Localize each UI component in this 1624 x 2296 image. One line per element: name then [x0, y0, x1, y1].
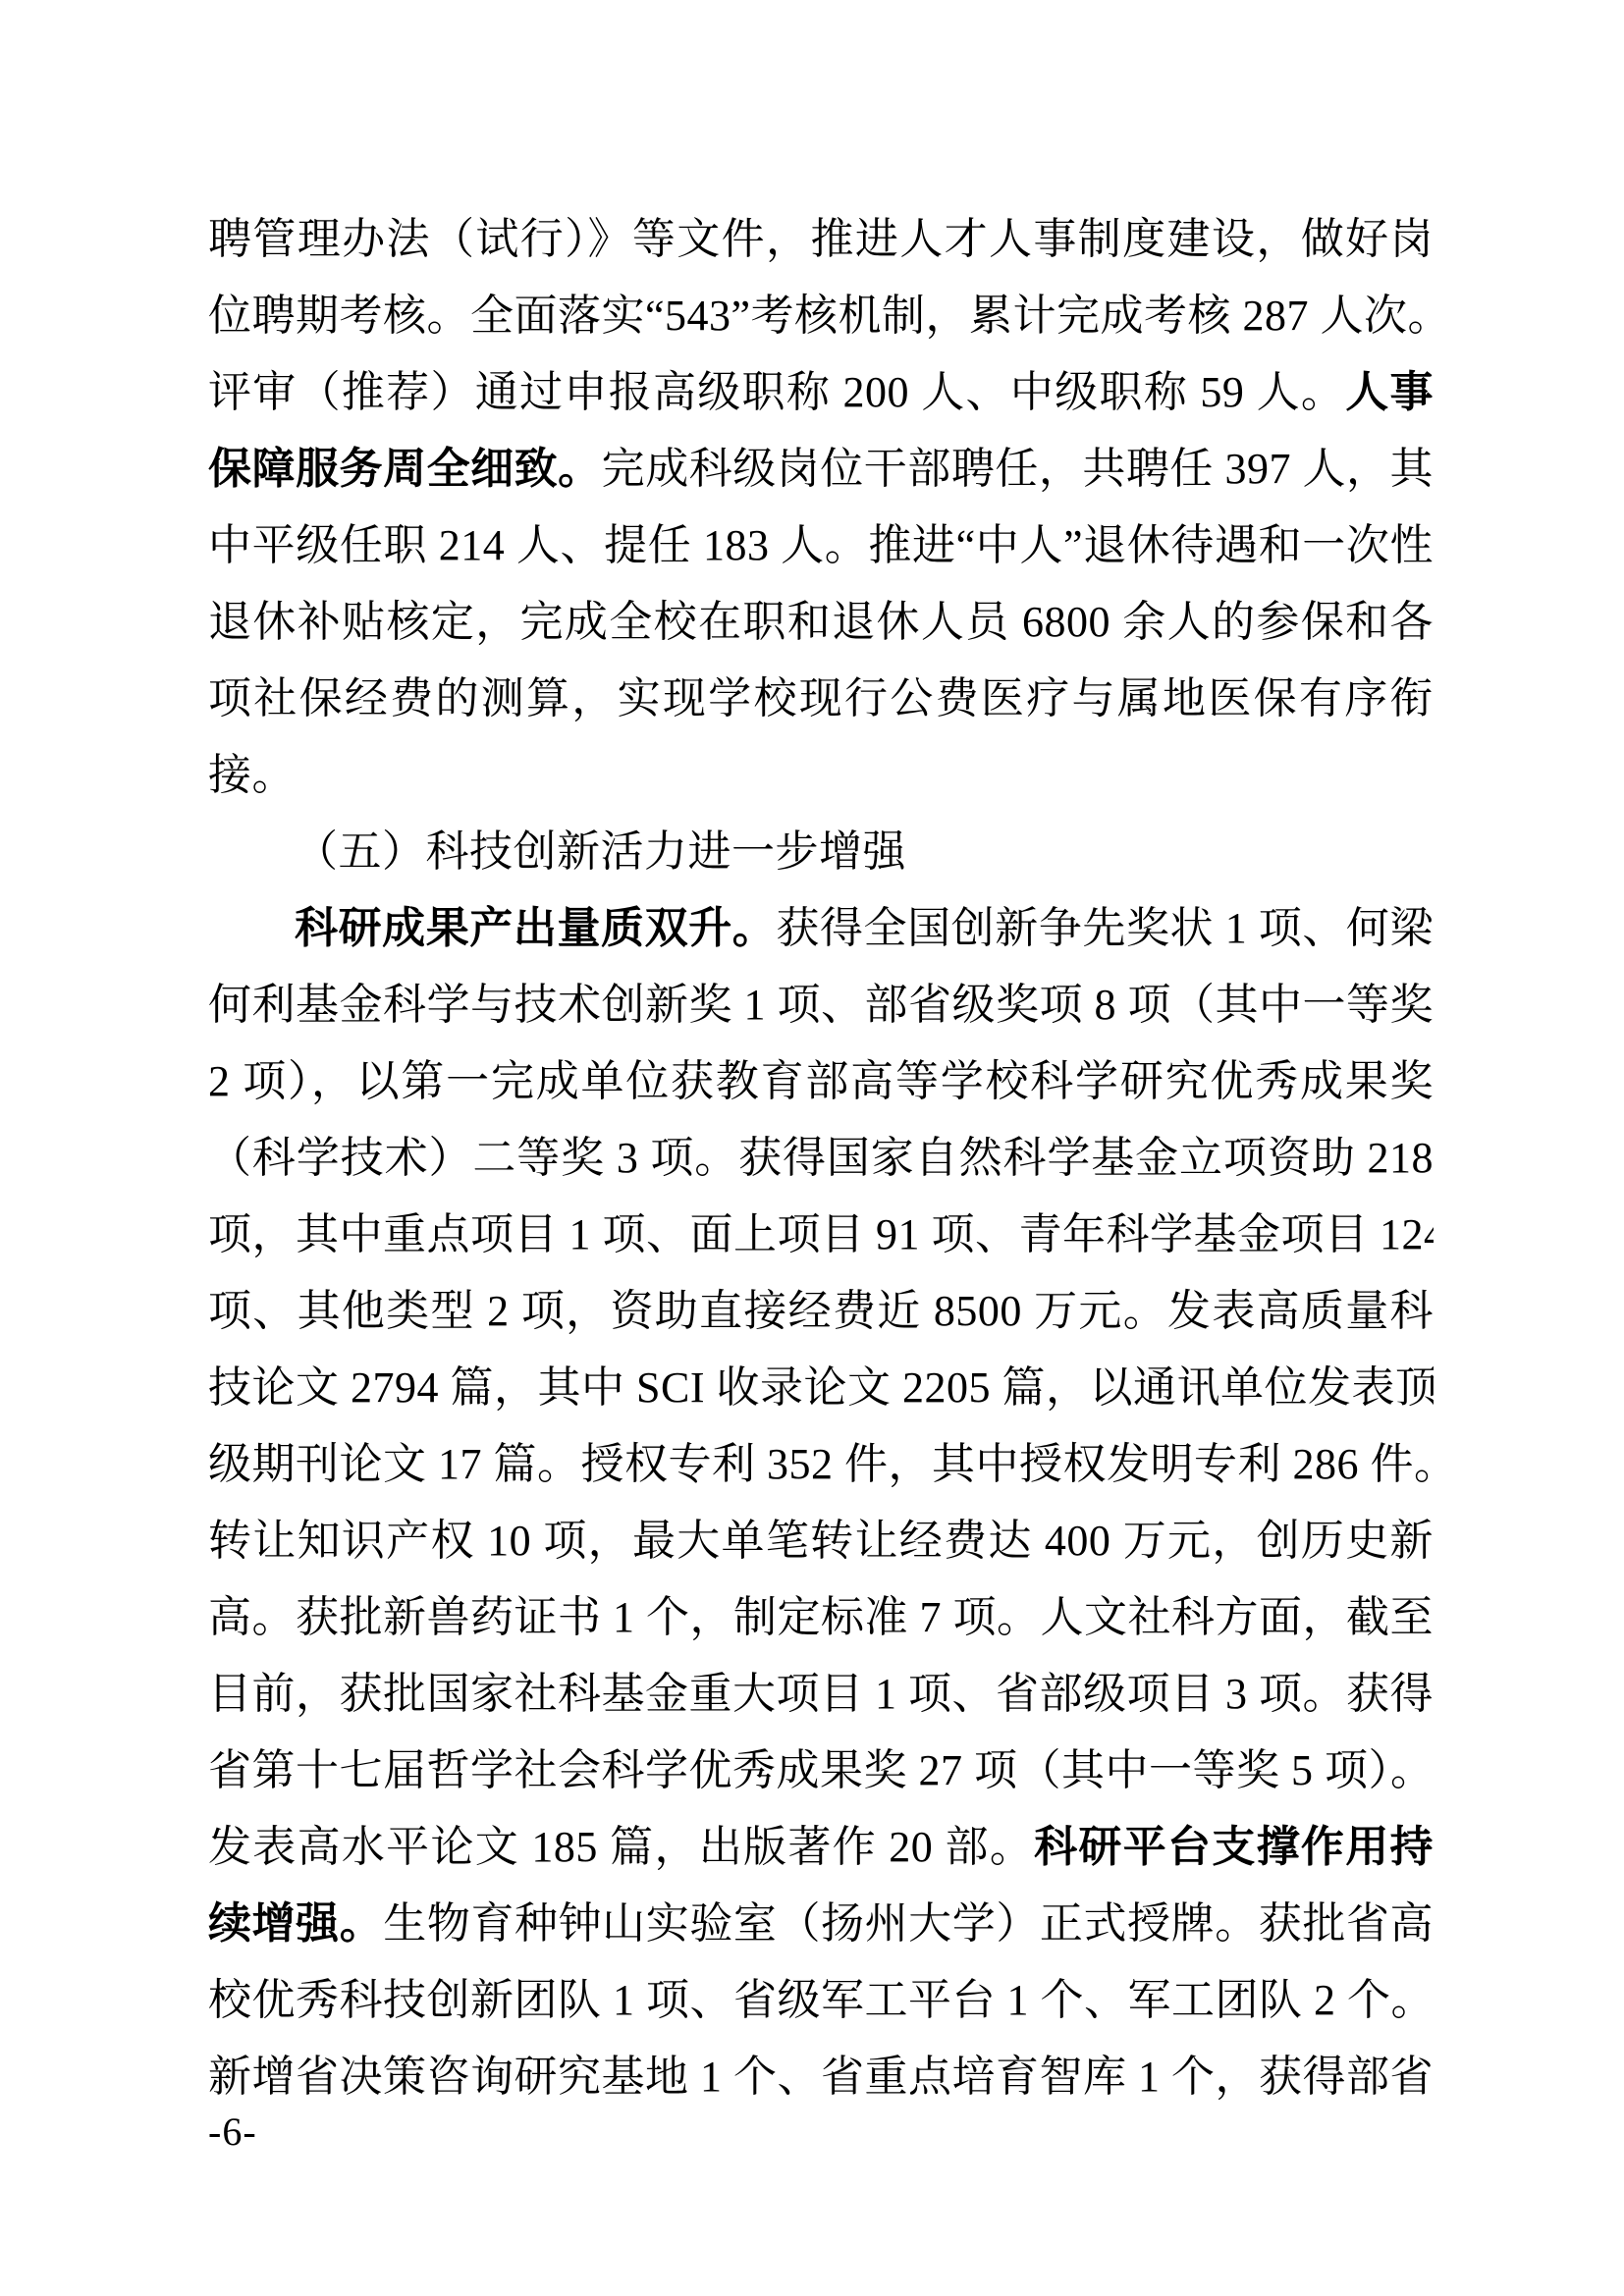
text-segment: 目前，获批国家社科基金重大项目 1 项、省部级项目 3 项。获得 [208, 1670, 1434, 1718]
text-line-06: 退休补贴核定，完成全校在职和退休人员 6800 余人的参保和各 [208, 584, 1434, 661]
text-segment: 生物育种钟山实验室（扬州大学）正式授牌。获批省高 [383, 1899, 1434, 1948]
text-segment: 级期刊论文 17 篇。授权专利 352 件，其中授权发明专利 286 件。 [208, 1440, 1434, 1488]
text-segment-bold: 续增强。 [208, 1899, 383, 1948]
text-segment: 项，其中重点项目 1 项、面上项目 91 项、青年科学基金项目 124 [208, 1210, 1434, 1258]
text-segment: 2 项），以第一完成单位获教育部高等学校科学研究优秀成果奖 [208, 1057, 1434, 1105]
text-line-17: 级期刊论文 17 篇。授权专利 352 件，其中授权发明专利 286 件。 [208, 1426, 1434, 1503]
text-line-05: 中平级任职 214 人、提任 183 人。推进“中人”退休待遇和一次性 [208, 507, 1434, 584]
text-segment-bold: 人事 [1345, 368, 1434, 416]
text-segment: 技论文 2794 篇，其中 SCI 收录论文 2205 篇，以通讯单位发表顶 [208, 1363, 1434, 1412]
text-line-13: （科学技术）二等奖 3 项。获得国家自然科学基金立项资助 218 [208, 1120, 1434, 1197]
text-line-08: 接。 [208, 737, 1434, 814]
text-segment: 转让知识产权 10 项，最大单笔转让经费达 400 万元，创历史新 [208, 1517, 1434, 1565]
text-line-02: 位聘期考核。全面落实“543”考核机制，累计完成考核 287 人次。 [208, 278, 1434, 354]
text-segment: 中平级任职 214 人、提任 183 人。推进“中人”退休待遇和一次性 [208, 521, 1434, 569]
text-segment: 省第十七届哲学社会科学优秀成果奖 27 项（其中一等奖 5 项）。 [208, 1746, 1434, 1794]
text-segment: 项、其他类型 2 项，资助直接经费近 8500 万元。发表高质量科 [208, 1287, 1434, 1335]
text-line-18: 转让知识产权 10 项，最大单笔转让经费达 400 万元，创历史新 [208, 1503, 1434, 1579]
text-line-03: 评审（推荐）通过申报高级职称 200 人、中级职称 59 人。人事 [208, 354, 1434, 431]
text-segment: 新增省决策咨询研究基地 1 个、省重点培育智库 1 个，获得部省 [208, 2053, 1434, 2101]
document-body: 聘管理办法（试行）》等文件，推进人才人事制度建设，做好岗 位聘期考核。全面落实“… [208, 201, 1434, 2115]
text-line-04: 保障服务周全细致。完成科级岗位干部聘任，共聘任 397 人，其 [208, 431, 1434, 507]
text-segment: 发表高水平论文 185 篇，出版著作 20 部。 [208, 1823, 1034, 1871]
text-line-11: 何利基金科学与技术创新奖 1 项、部省级奖项 8 项（其中一等奖 [208, 967, 1434, 1043]
text-segment: 何利基金科学与技术创新奖 1 项、部省级奖项 8 项（其中一等奖 [208, 981, 1434, 1029]
text-segment: 高。获批新兽药证书 1 个，制定标准 7 项。人文社科方面，截至 [208, 1593, 1434, 1641]
text-segment: 项社保经费的测算，实现学校现行公费医疗与属地医保有序衔 [208, 674, 1434, 722]
text-segment: 位聘期考核。全面落实“543”考核机制，累计完成考核 287 人次。 [208, 292, 1434, 340]
text-segment: 评审（推荐）通过申报高级职称 200 人、中级职称 59 人。 [208, 368, 1345, 416]
text-line-15: 项、其他类型 2 项，资助直接经费近 8500 万元。发表高质量科 [208, 1273, 1434, 1350]
text-line-07: 项社保经费的测算，实现学校现行公费医疗与属地医保有序衔 [208, 661, 1434, 737]
text-line-19: 高。获批新兽药证书 1 个，制定标准 7 项。人文社科方面，截至 [208, 1579, 1434, 1656]
text-line-20: 目前，获批国家社科基金重大项目 1 项、省部级项目 3 项。获得 [208, 1656, 1434, 1733]
text-segment: 获得全国创新争先奖状 1 项、何梁 [776, 904, 1434, 952]
text-segment: 接。 [208, 751, 296, 799]
text-line-14: 项，其中重点项目 1 项、面上项目 91 项、青年科学基金项目 124 [208, 1197, 1434, 1273]
text-segment-bold: 科研成果产出量质双升。 [295, 904, 776, 952]
text-segment: 聘管理办法（试行）》等文件，推进人才人事制度建设，做好岗 [208, 215, 1434, 263]
text-line-01: 聘管理办法（试行）》等文件，推进人才人事制度建设，做好岗 [208, 201, 1434, 278]
text-segment-bold: 保障服务周全细致。 [208, 445, 602, 493]
text-line-23: 续增强。生物育种钟山实验室（扬州大学）正式授牌。获批省高 [208, 1886, 1434, 1962]
section-heading: （五）科技创新活力进一步增强 [208, 814, 1434, 890]
page-number: -6- [208, 2110, 257, 2154]
text-segment: 退休补贴核定，完成全校在职和退休人员 6800 余人的参保和各 [208, 598, 1434, 646]
text-segment: 校优秀科技创新团队 1 项、省级军工平台 1 个、军工团队 2 个。 [208, 1976, 1434, 2024]
text-segment: 完成科级岗位干部聘任，共聘任 397 人，其 [602, 445, 1434, 493]
text-segment-bold: 科研平台支撑作用持 [1034, 1823, 1434, 1871]
document-page: 聘管理办法（试行）》等文件，推进人才人事制度建设，做好岗 位聘期考核。全面落实“… [0, 0, 1624, 2296]
text-line-25: 新增省决策咨询研究基地 1 个、省重点培育智库 1 个，获得部省 [208, 2039, 1434, 2115]
text-line-10: 科研成果产出量质双升。获得全国创新争先奖状 1 项、何梁 [208, 890, 1434, 967]
text-segment: （科学技术）二等奖 3 项。获得国家自然科学基金立项资助 218 [208, 1134, 1434, 1182]
text-line-21: 省第十七届哲学社会科学优秀成果奖 27 项（其中一等奖 5 项）。 [208, 1733, 1434, 1809]
text-line-16: 技论文 2794 篇，其中 SCI 收录论文 2205 篇，以通讯单位发表顶 [208, 1350, 1434, 1426]
text-line-22: 发表高水平论文 185 篇，出版著作 20 部。科研平台支撑作用持 [208, 1809, 1434, 1886]
text-line-12: 2 项），以第一完成单位获教育部高等学校科学研究优秀成果奖 [208, 1043, 1434, 1120]
text-line-24: 校优秀科技创新团队 1 项、省级军工平台 1 个、军工团队 2 个。 [208, 1962, 1434, 2039]
section-heading-text: （五）科技创新活力进一步增强 [295, 828, 906, 876]
